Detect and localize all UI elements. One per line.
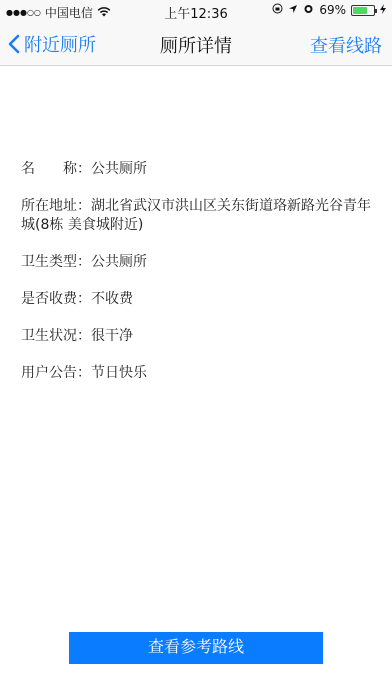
rotation-lock-icon [272, 3, 283, 17]
view-reference-route-button[interactable]: 查看参考路线 [69, 632, 323, 664]
detail-row-cleanliness: 卫生状况：很干净 [21, 327, 376, 346]
navigation-bar: 附近厕所 厕所详情 查看线路 [0, 22, 392, 66]
toilet-details: 名 称：公共厕所 所在地址：湖北省武汉市洪山区关东街道珞新路光谷青年城(8栋 美… [21, 160, 376, 401]
back-button-label: 附近厕所 [24, 31, 96, 57]
detail-row-name: 名 称：公共厕所 [21, 160, 376, 179]
location-arrow-icon [288, 3, 298, 17]
detail-label: 卫生类型： [21, 254, 91, 270]
detail-label: 所在地址： [21, 198, 91, 214]
view-route-button[interactable]: 查看线路 [310, 32, 382, 58]
detail-label: 卫生状况： [21, 328, 91, 344]
charging-icon [380, 3, 386, 17]
detail-value: 公共厕所 [91, 254, 147, 270]
detail-label: 是否收费： [21, 291, 91, 307]
detail-value: 公共厕所 [91, 161, 147, 177]
status-bar: ●●●○○ 中国电信 上午12:36 69% [0, 0, 392, 22]
battery-icon [351, 5, 375, 16]
detail-value: 不收费 [91, 291, 133, 307]
detail-row-notice: 用户公告：节日快乐 [21, 364, 376, 383]
chevron-left-icon [8, 34, 20, 54]
detail-row-address: 所在地址：湖北省武汉市洪山区关东街道珞新路光谷青年城(8栋 美食城附近) [21, 197, 376, 235]
detail-label: 名 称： [21, 161, 91, 177]
detail-value: 节日快乐 [91, 365, 147, 381]
detail-row-type: 卫生类型：公共厕所 [21, 253, 376, 272]
alarm-icon [303, 3, 314, 17]
back-button[interactable]: 附近厕所 [8, 31, 96, 57]
detail-row-fee: 是否收费：不收费 [21, 290, 376, 309]
detail-label: 用户公告： [21, 365, 91, 381]
battery-percent: 69% [319, 3, 346, 17]
detail-value: 很干净 [91, 328, 133, 344]
